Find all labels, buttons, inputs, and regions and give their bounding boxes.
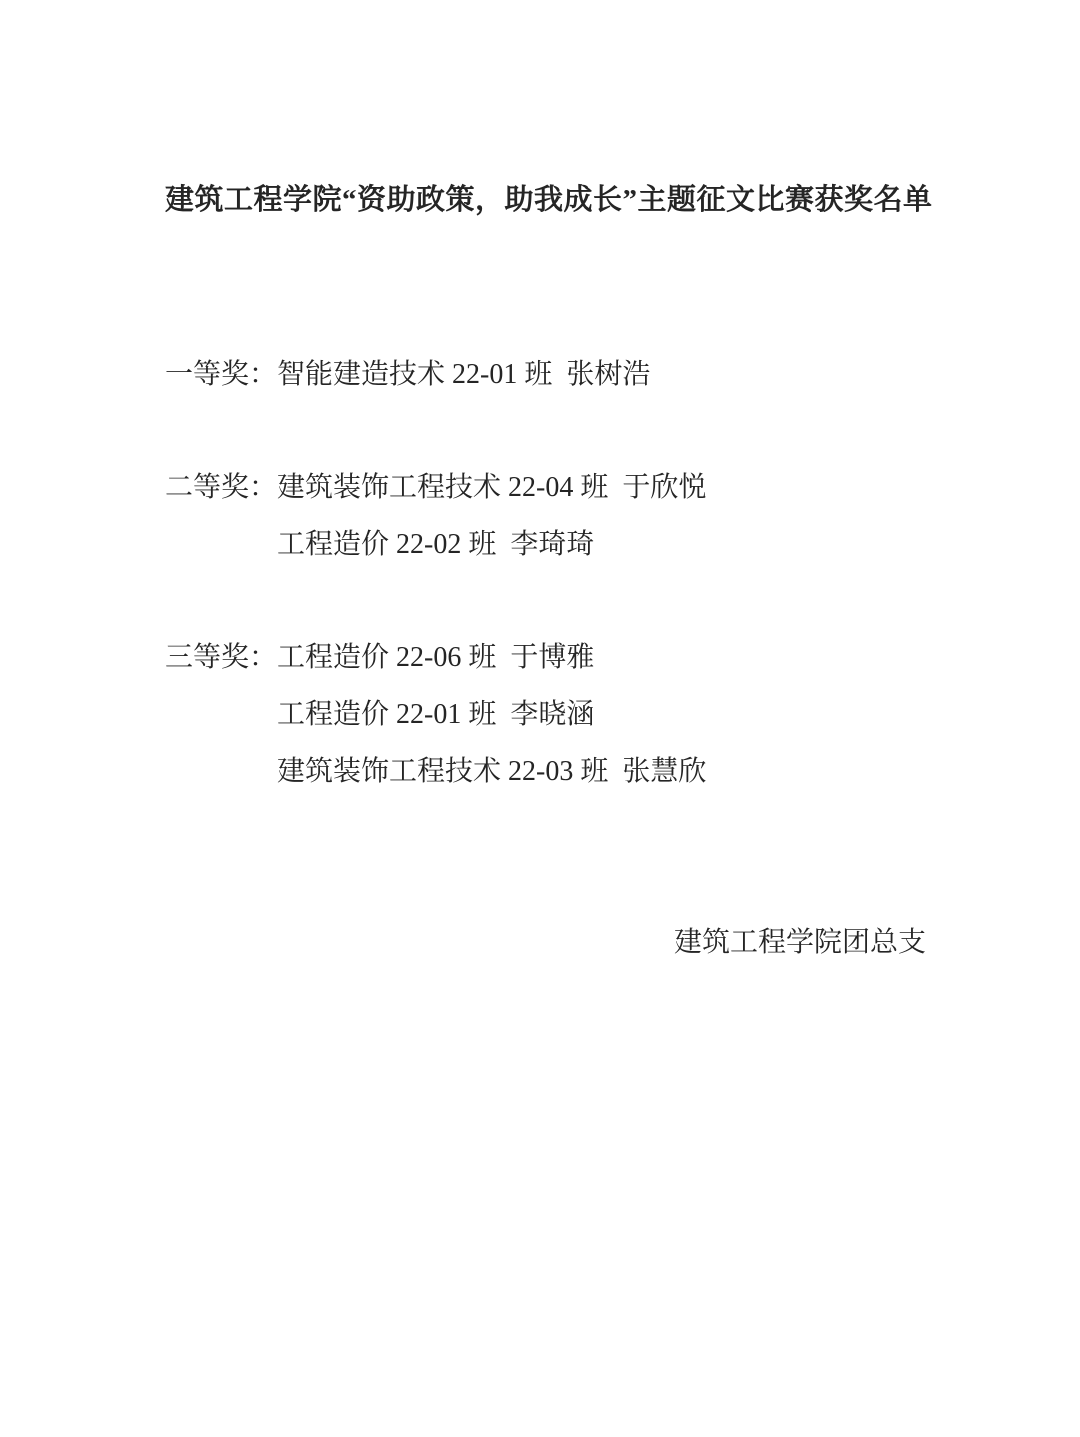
award-entries: 工程造价 22-06 班 于博雅 工程造价 22-01 班 李晓涵 建筑装饰工程… <box>277 629 706 800</box>
award-entry: 建筑装饰工程技术 22-04 班 于欣悦 <box>277 459 706 516</box>
document-title: 建筑工程学院“资助政策，助我成长”主题征文比赛获奖名单 <box>165 183 926 218</box>
award-entries: 智能建造技术 22-01 班 张树浩 <box>277 346 650 403</box>
award-entry: 工程造价 22-02 班 李琦琦 <box>277 516 706 573</box>
award-entry: 建筑装饰工程技术 22-03 班 张慧欣 <box>277 743 706 800</box>
award-label-third-prize: 三等奖： <box>165 629 277 686</box>
document-page: 建筑工程学院“资助政策，助我成长”主题征文比赛获奖名单 一等奖： 智能建造技术 … <box>0 0 1080 1437</box>
award-group-third-prize: 三等奖： 工程造价 22-06 班 于博雅 工程造价 22-01 班 李晓涵 建… <box>165 629 926 800</box>
award-entry: 工程造价 22-01 班 李晓涵 <box>277 686 706 743</box>
awards-list: 一等奖： 智能建造技术 22-01 班 张树浩 二等奖： 建筑装饰工程技术 22… <box>165 346 926 800</box>
award-entry: 智能建造技术 22-01 班 张树浩 <box>277 346 650 403</box>
signature: 建筑工程学院团总支 <box>165 914 926 971</box>
award-entry: 工程造价 22-06 班 于博雅 <box>277 629 706 686</box>
award-label-first-prize: 一等奖： <box>165 346 277 403</box>
award-group-second-prize: 二等奖： 建筑装饰工程技术 22-04 班 于欣悦 工程造价 22-02 班 李… <box>165 459 926 573</box>
award-group-first-prize: 一等奖： 智能建造技术 22-01 班 张树浩 <box>165 346 926 403</box>
award-label-second-prize: 二等奖： <box>165 459 277 516</box>
award-entries: 建筑装饰工程技术 22-04 班 于欣悦 工程造价 22-02 班 李琦琦 <box>277 459 706 573</box>
